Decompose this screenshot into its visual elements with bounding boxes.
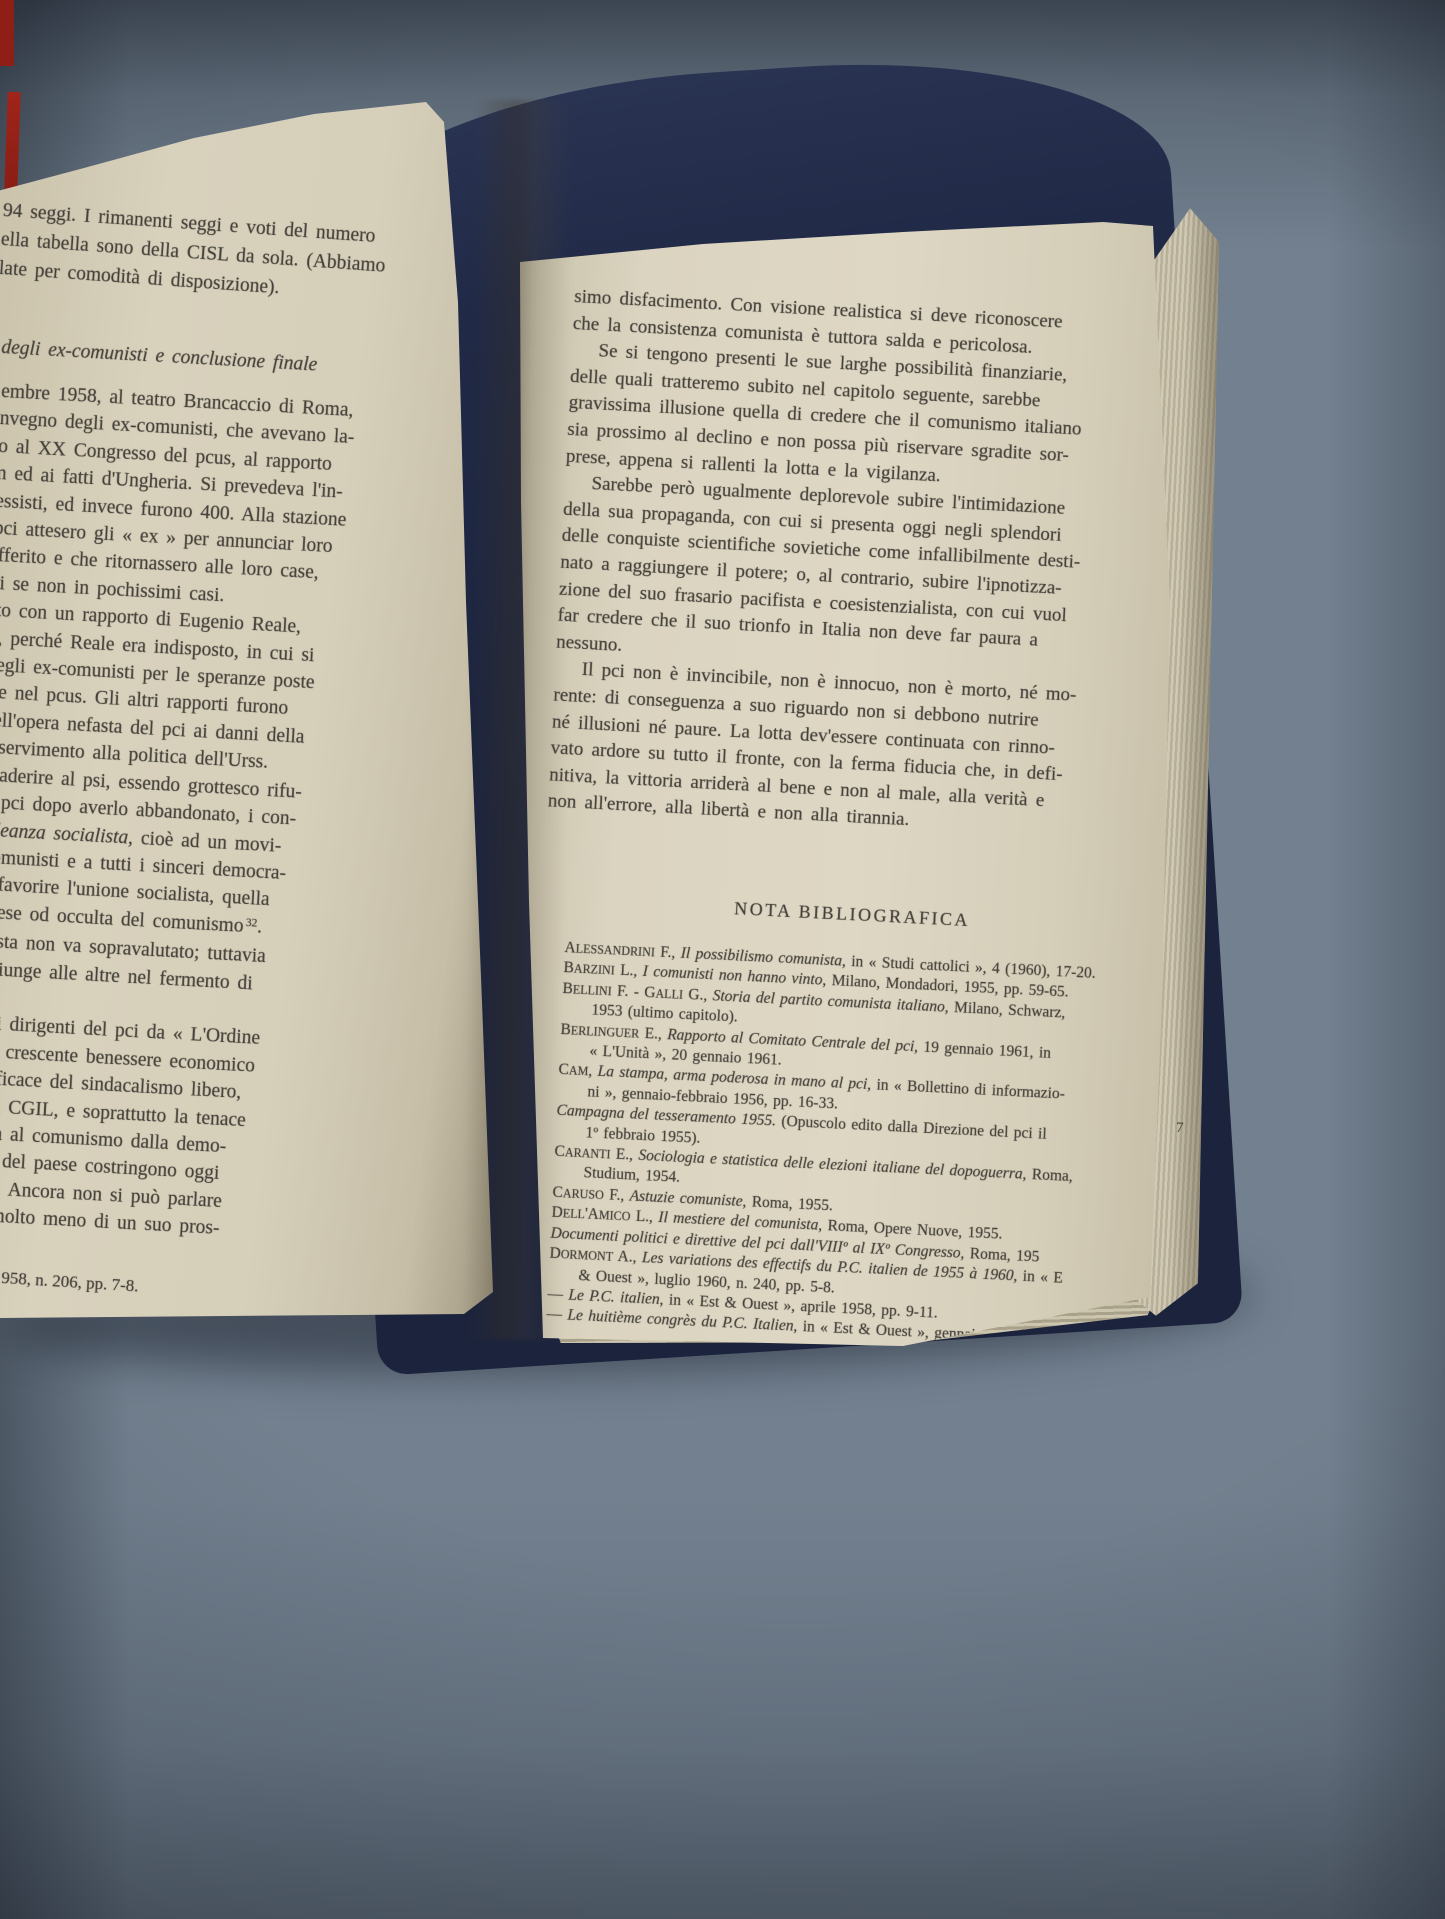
red-mark-top-left	[0, 0, 14, 66]
left-page-footnote: 958, n. 206, pp. 7-8.	[1, 1268, 139, 1297]
right-page: simo disfacimento. Con visione realistic…	[503, 90, 1195, 1358]
left-page-note-text: 94 seggi. I rimanenti seggi e voti del n…	[0, 196, 388, 310]
left-page: 94 seggi. I rimanenti seggi e voti del n…	[0, 90, 506, 1322]
left-page-body-text: embre 1958, al teatro Brancaccio di Roma…	[0, 378, 357, 1248]
right-page-body-text: simo disfacimento. Con visione realistic…	[547, 284, 1096, 842]
left-page-section-heading: degli ex-comunisti e conclusione finale	[1, 337, 318, 377]
bibliography-list: ALESSANDRINI F., Il possibilismo comunis…	[546, 938, 1096, 1351]
bibliography-heading: NOTA BIBLIOGRAFICA	[572, 890, 1132, 939]
page-edge-number-fragment: 7	[1176, 1120, 1184, 1137]
